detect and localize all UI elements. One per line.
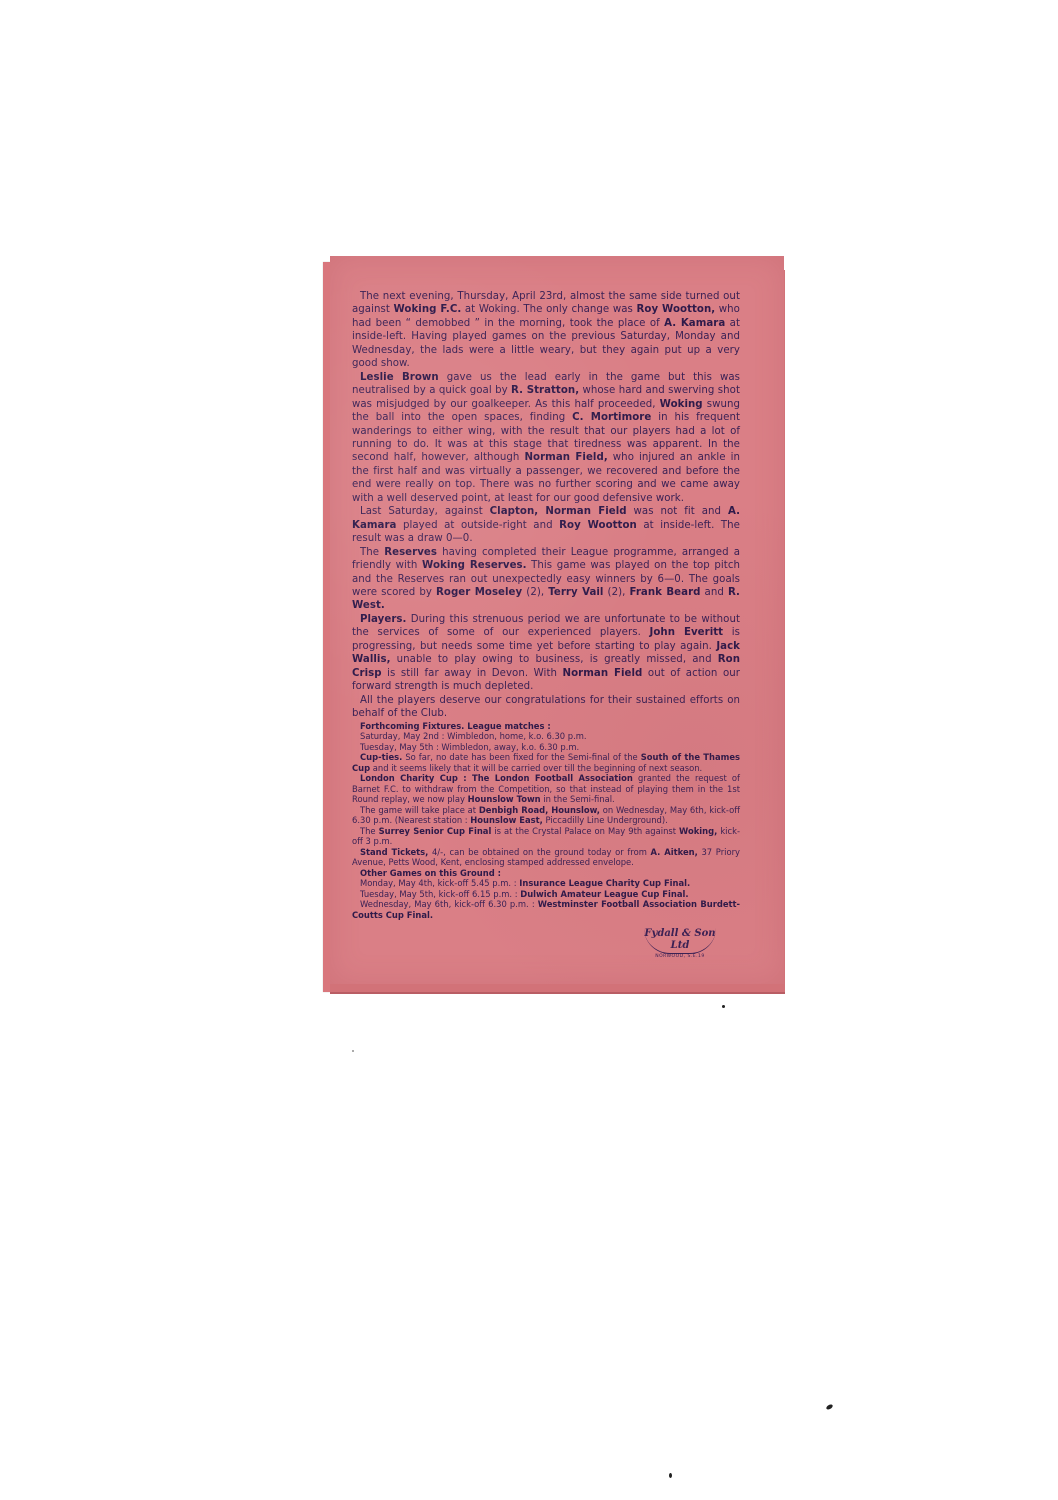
bold-name: Denbigh Road, Hounslow, bbox=[479, 805, 600, 815]
text-run: and it seems likely that it will be carr… bbox=[370, 763, 702, 773]
bold-name: R. Stratton, bbox=[511, 385, 579, 396]
notice-line: The Surrey Senior Cup Final is at the Cr… bbox=[352, 826, 740, 847]
report-paragraph: The Reserves having completed their Leag… bbox=[352, 546, 740, 613]
report-paragraph: Leslie Brown gave us the lead early in t… bbox=[352, 371, 740, 506]
scan-dust-speck bbox=[352, 1050, 354, 1052]
bold-name: Woking Reserves. bbox=[422, 560, 527, 571]
text-run: Last Saturday, against bbox=[360, 506, 490, 517]
printer-location: NORWOOD, S.E.19 bbox=[644, 954, 716, 960]
text-run: Tuesday, May 5th : Wimbledon, away, k.o.… bbox=[360, 742, 579, 752]
notice-line: The game will take place at Denbigh Road… bbox=[352, 805, 740, 826]
bold-name: Insurance League Charity Cup Final. bbox=[519, 878, 690, 888]
text-run: unable to play owing to business, is gre… bbox=[391, 654, 718, 665]
bold-name: London Charity Cup : The London Football… bbox=[360, 773, 633, 783]
scan-dust-speck bbox=[722, 1005, 725, 1008]
bold-name: John Everitt bbox=[650, 627, 724, 638]
bold-name: Players. bbox=[360, 614, 406, 625]
scan-dust-speck bbox=[825, 1404, 833, 1411]
printer-name: Fydall & Son Ltd bbox=[644, 928, 716, 954]
bold-name: Frank Beard bbox=[630, 587, 701, 598]
text-run: and bbox=[700, 587, 727, 598]
report-paragraph: The next evening, Thursday, April 23rd, … bbox=[352, 290, 740, 371]
text-run: is still far away in Devon. With bbox=[382, 668, 563, 679]
bold-name: Dulwich Amateur League Cup Final. bbox=[520, 889, 688, 899]
printer-imprint: Fydall & Son Ltd NORWOOD, S.E.19 bbox=[644, 928, 716, 954]
notice-line: Monday, May 4th, kick-off 5.45 p.m. : In… bbox=[352, 878, 740, 889]
bold-name: A. Kamara bbox=[664, 318, 725, 329]
match-report: The next evening, Thursday, April 23rd, … bbox=[352, 290, 740, 721]
bold-name: Roger Moseley bbox=[436, 587, 522, 598]
bold-name: Forthcoming Fixtures. League matches : bbox=[360, 721, 551, 731]
bold-name: Cup-ties. bbox=[360, 752, 402, 762]
text-run: played at outside-right and bbox=[396, 520, 559, 531]
text-run: All the players deserve our congratulati… bbox=[352, 695, 740, 719]
bold-name: A. Aitken, bbox=[651, 847, 698, 857]
bold-name: Reserves bbox=[384, 547, 437, 558]
bold-name: Woking F.C. bbox=[394, 304, 462, 315]
notice-line: Tuesday, May 5th, kick-off 6.15 p.m. : D… bbox=[352, 889, 740, 900]
text-run: Tuesday, May 5th, kick-off 6.15 p.m. : bbox=[360, 889, 520, 899]
text-run: Saturday, May 2nd : Wimbledon, home, k.o… bbox=[360, 731, 587, 741]
bold-name: Surrey Senior Cup Final bbox=[379, 826, 492, 836]
text-run: Wednesday, May 6th, kick-off 6.30 p.m. : bbox=[360, 899, 538, 909]
text-run: The bbox=[360, 826, 379, 836]
notice-line: Wednesday, May 6th, kick-off 6.30 p.m. :… bbox=[352, 899, 740, 920]
notice-line: Forthcoming Fixtures. League matches : bbox=[352, 721, 740, 732]
text-run: So far, no date has been fixed for the S… bbox=[402, 752, 640, 762]
notice-line: Saturday, May 2nd : Wimbledon, home, k.o… bbox=[352, 731, 740, 742]
notice-line: Stand Tickets, 4/-, can be obtained on t… bbox=[352, 847, 740, 868]
scan-dust-speck bbox=[669, 1473, 672, 1478]
text-run: Monday, May 4th, kick-off 5.45 p.m. : bbox=[360, 878, 519, 888]
bold-name: Roy Wootton bbox=[559, 520, 637, 531]
notice-line: Tuesday, May 5th : Wimbledon, away, k.o.… bbox=[352, 742, 740, 753]
text-run: at Woking. The only change was bbox=[461, 304, 636, 315]
bold-name: Clapton, Norman Field bbox=[490, 506, 627, 517]
page-text: The next evening, Thursday, April 23rd, … bbox=[352, 290, 740, 920]
notice-line: Cup-ties. So far, no date has been fixed… bbox=[352, 752, 740, 773]
report-paragraph: Last Saturday, against Clapton, Norman F… bbox=[352, 505, 740, 545]
club-notices: Forthcoming Fixtures. League matches :Sa… bbox=[352, 721, 740, 921]
report-paragraph: All the players deserve our congratulati… bbox=[352, 694, 740, 721]
notice-line: Other Games on this Ground : bbox=[352, 868, 740, 879]
bold-name: Woking bbox=[660, 399, 703, 410]
bold-name: Terry Vail bbox=[548, 587, 603, 598]
bold-name: Roy Wootton, bbox=[637, 304, 716, 315]
bold-name: C. Mortimore bbox=[572, 412, 651, 423]
bold-name: Woking, bbox=[679, 826, 717, 836]
text-run: 4/-, can be obtained on the ground today… bbox=[428, 847, 650, 857]
text-run: in the Semi-final. bbox=[541, 794, 615, 804]
text-run: Piccadilly Line Underground). bbox=[543, 815, 668, 825]
report-paragraph: Players. During this strenuous period we… bbox=[352, 613, 740, 694]
text-run: was not fit and bbox=[627, 506, 728, 517]
bold-name: Norman Field, bbox=[524, 452, 607, 463]
text-run: is at the Crystal Palace on May 9th agai… bbox=[491, 826, 679, 836]
text-run: (2), bbox=[603, 587, 629, 598]
text-run: The bbox=[360, 547, 384, 558]
bold-name: Hounslow Town bbox=[468, 794, 541, 804]
text-run: The game will take place at bbox=[360, 805, 479, 815]
bold-name: Other Games on this Ground : bbox=[360, 868, 501, 878]
bold-name: Leslie Brown bbox=[360, 372, 439, 383]
notice-line: London Charity Cup : The London Football… bbox=[352, 773, 740, 805]
bold-name: Hounslow East, bbox=[470, 815, 543, 825]
text-run: (2), bbox=[522, 587, 548, 598]
bold-name: Stand Tickets, bbox=[360, 847, 428, 857]
programme-page: The next evening, Thursday, April 23rd, … bbox=[330, 256, 784, 984]
bold-name: Norman Field bbox=[563, 668, 643, 679]
